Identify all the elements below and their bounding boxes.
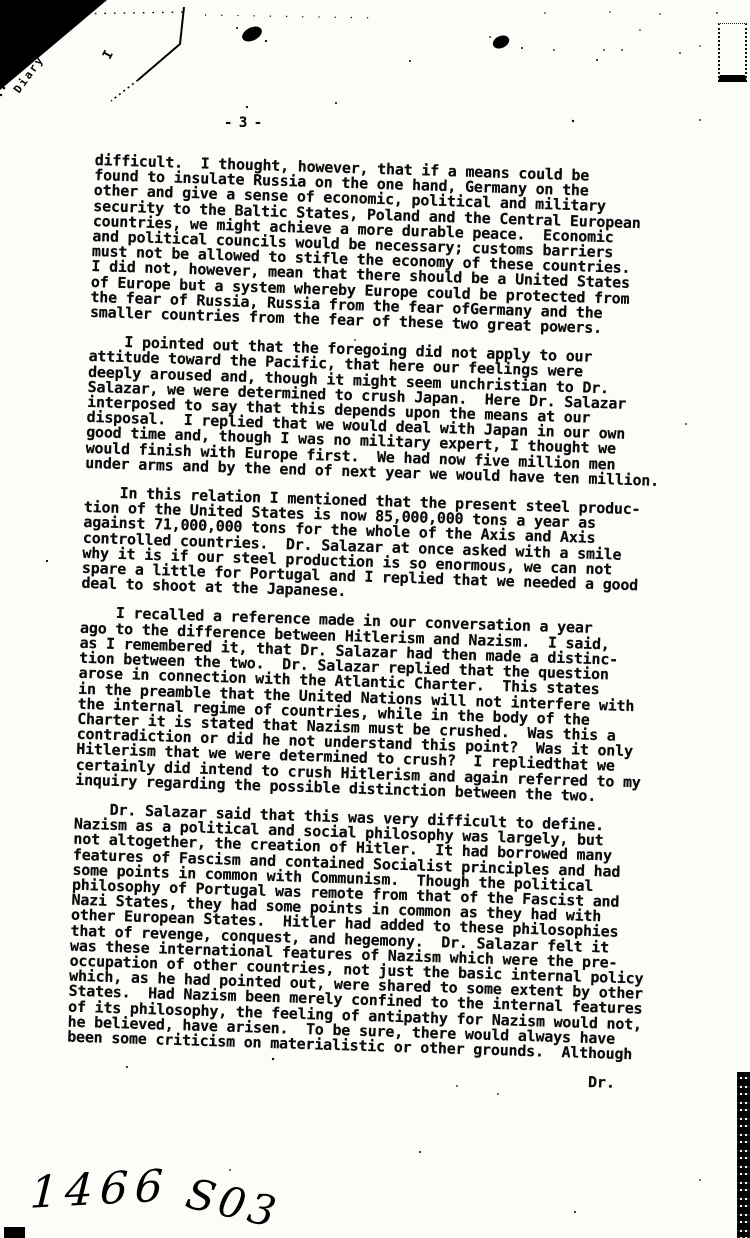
ink-blob-2 [491,33,511,51]
ink-blob [240,24,265,45]
scan-edge-strip [737,1072,750,1238]
dotted-rule-2 [205,15,380,18]
pen-line-dotted [111,80,138,101]
paragraph-3: In this relation I mentioned that the pr… [81,485,688,610]
document-text: difficult. I thought, however, that if a… [66,153,699,1093]
scanned-document-page: Diary I - [0,0,750,1238]
corner-vertical-text-2: I [100,48,117,62]
paragraph-1: difficult. I thought, however, that if a… [90,153,699,339]
scan-corner-mark [4,1227,25,1238]
handwritten-archive-number: 1466 S03 [30,1164,283,1215]
page-number: - 3 - [224,116,261,130]
paragraph-4: I recalled a reference made in our conve… [75,605,684,806]
paragraph-2: I pointed out that the foregoing did not… [85,334,693,490]
pen-line [138,7,184,80]
paragraph-5: Dr. Salazar said that this was very diff… [67,802,678,1064]
handwritten-digits: 1466 [29,1160,171,1219]
corner-fold-shadow [0,0,107,90]
handwritten-code: S03 [182,1169,285,1238]
stamp-box [718,23,747,82]
catchword: Dr. [66,1059,670,1093]
